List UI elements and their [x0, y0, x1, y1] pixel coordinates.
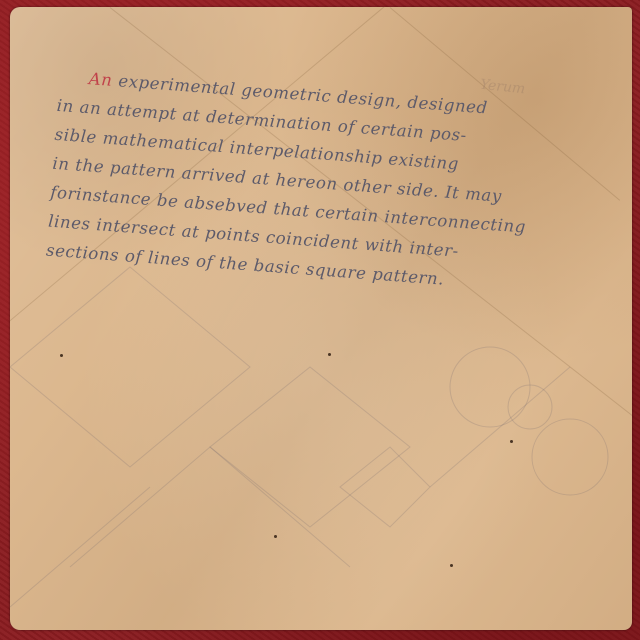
paper-fleck — [450, 564, 453, 567]
paper-fleck — [510, 440, 513, 443]
note-first-word-red: An — [88, 69, 113, 90]
handwritten-note: An experimental geometric design, design… — [45, 62, 618, 305]
paper-fleck — [328, 353, 331, 356]
paper-fleck — [60, 354, 63, 357]
paper-fleck — [274, 535, 277, 538]
